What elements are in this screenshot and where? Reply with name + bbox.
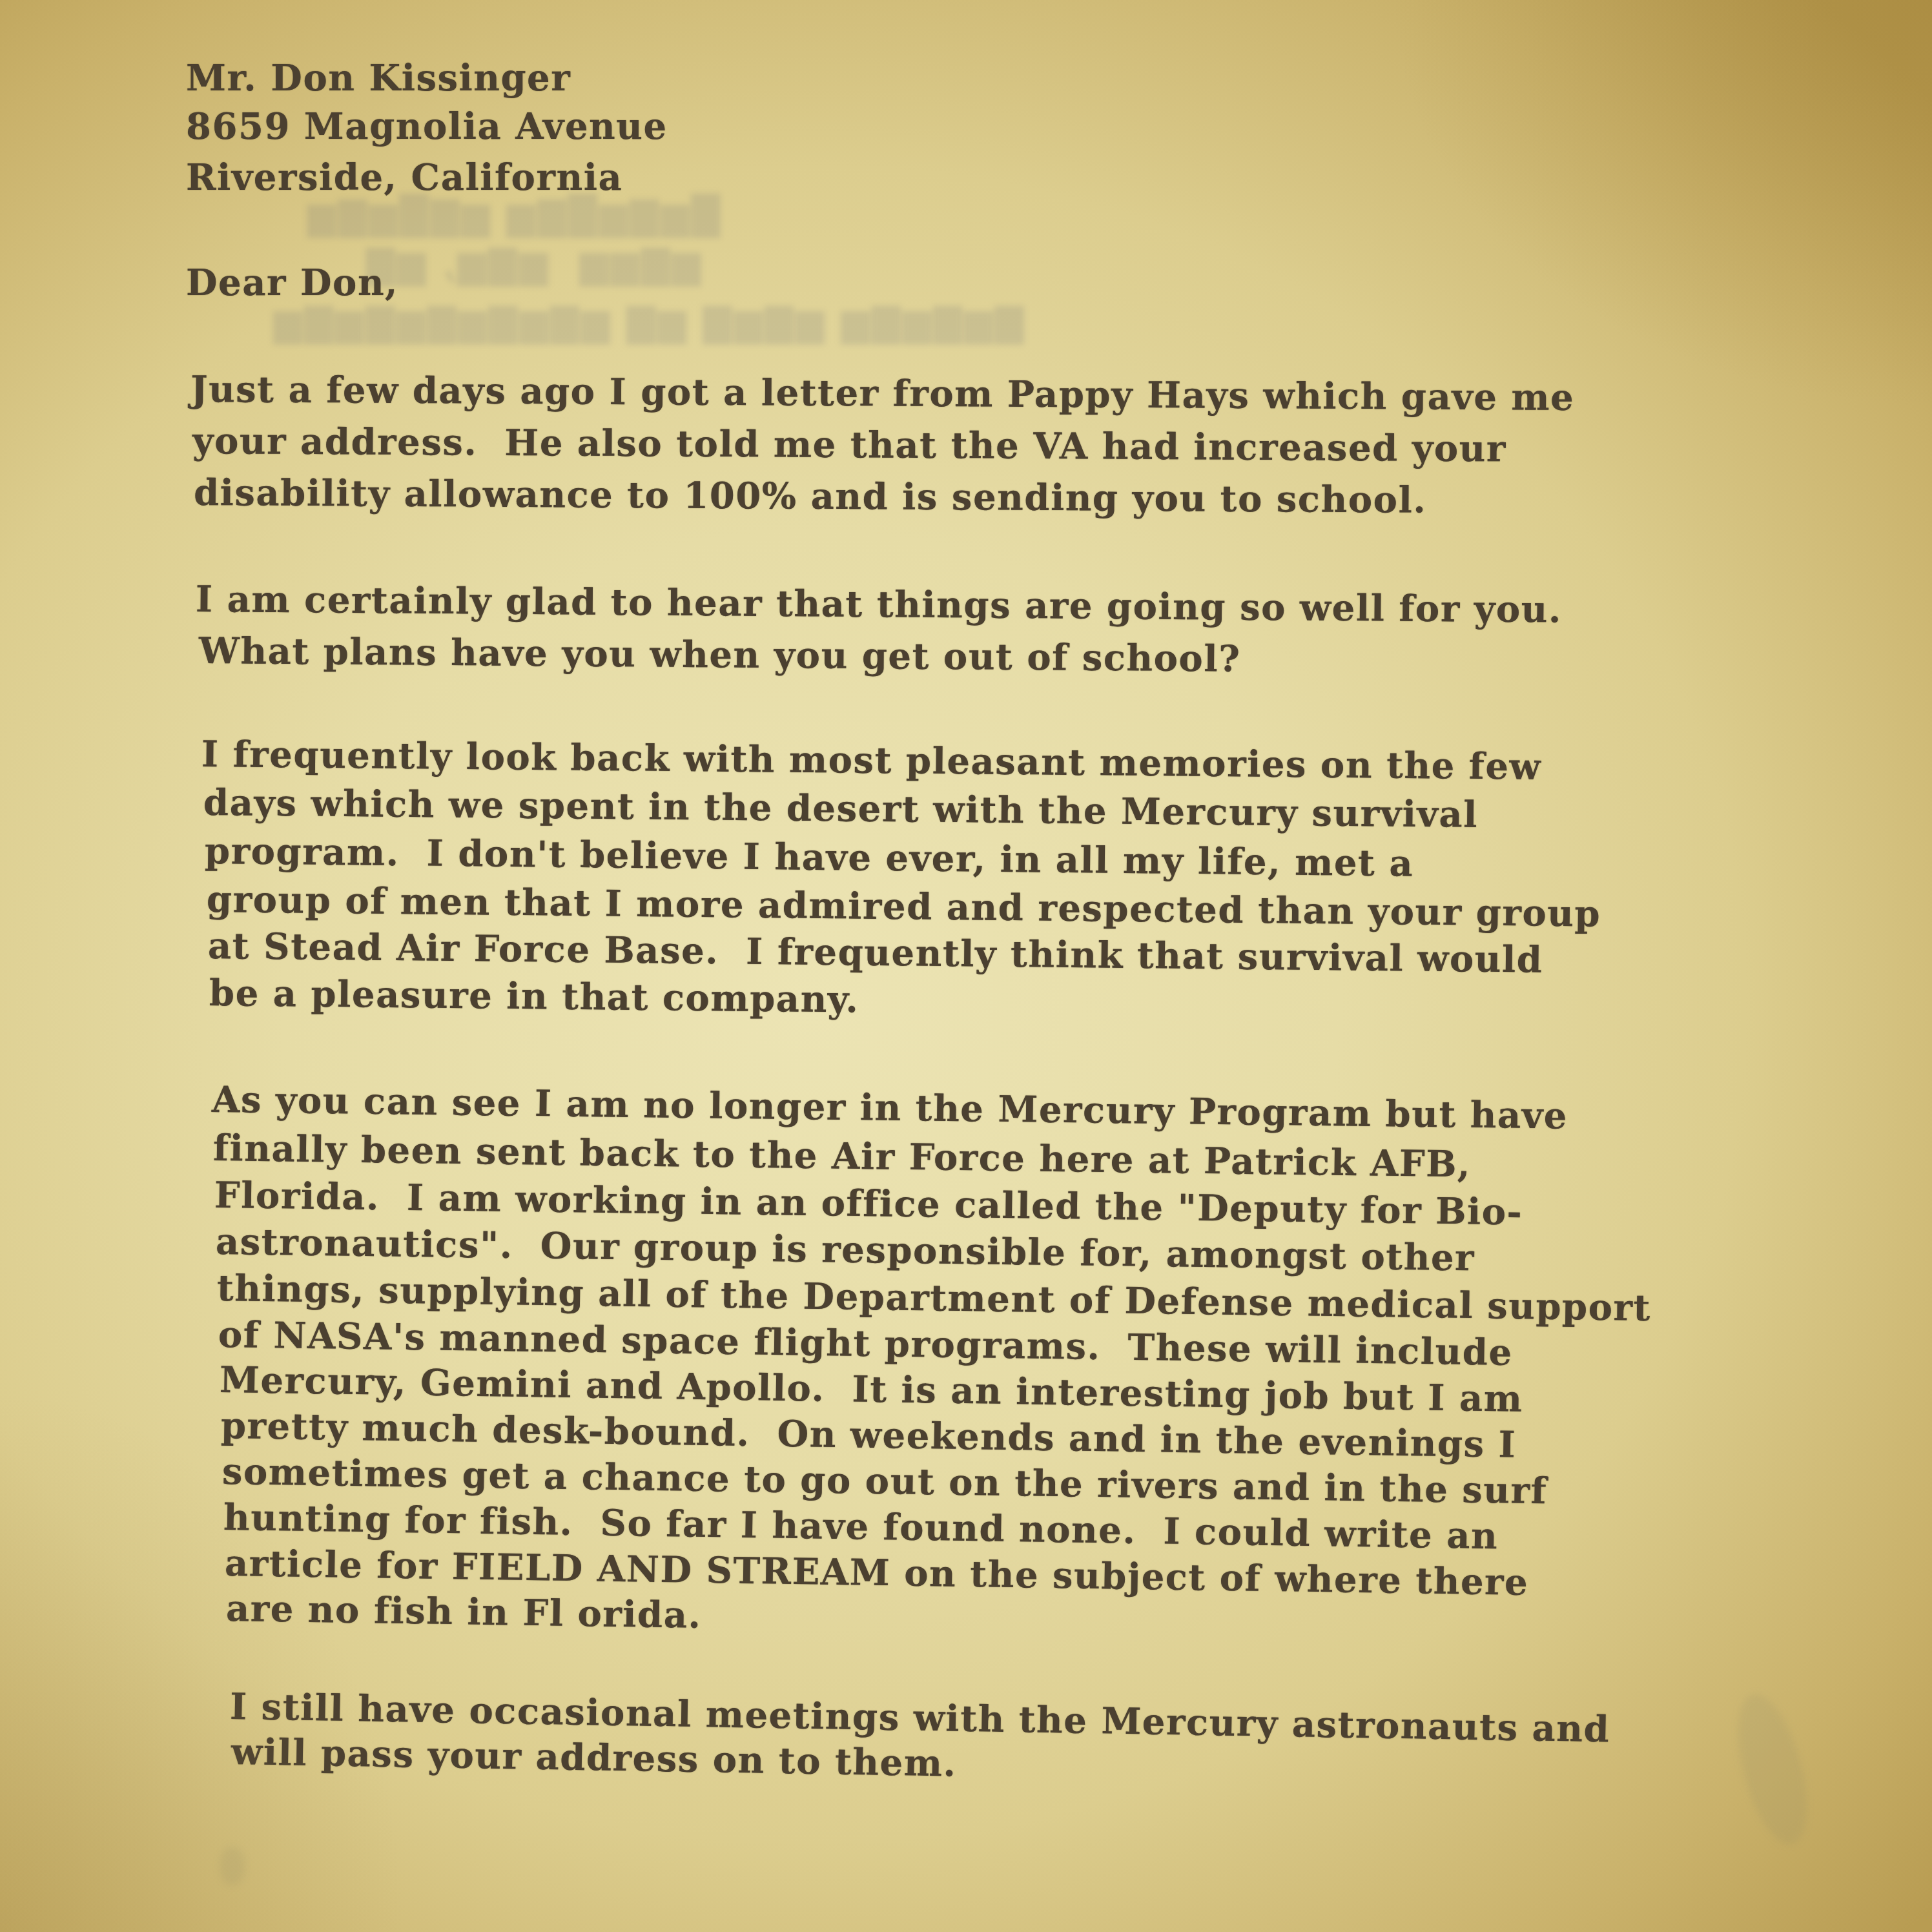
paragraph-line: your address. He also told me that the V… — [192, 420, 1506, 470]
paragraph-line: disability allowance to 100% and is send… — [194, 471, 1427, 522]
paper-stain — [220, 1847, 245, 1886]
paragraph-line: will pass your address on to them. — [231, 1731, 957, 1785]
recipient-street: 8659 Magnolia Avenue — [186, 105, 668, 148]
paper-stain — [1724, 1687, 1820, 1851]
salutation: Dear Don, — [186, 262, 398, 304]
recipient-city: Riverside, California — [186, 156, 622, 199]
bleed-through-text: ▇▆▇▆▇▆ ▆▇▆▇ ▆▇ ▆▇▆▇▆▇▆▇▆▇▆ — [184, 300, 1023, 344]
paragraph-line: be a pleasure in that company. — [209, 972, 859, 1022]
letter-page: █▆▇▆█▇▆ ▆▇█▆▇▆ ▆▇▆▆ ▆▇▆, ▆▇ ▇▆▇▆▇▆ ▆▇▆▇ … — [0, 0, 1932, 1932]
paragraph-line: program. I don't believe I have ever, in… — [205, 830, 1414, 885]
recipient-name: Mr. Don Kissinger — [186, 57, 571, 99]
paragraph-line: days which we spent in the desert with t… — [203, 781, 1479, 836]
paragraph-line: As you can see I am no longer in the Mer… — [212, 1078, 1568, 1138]
paragraph-line: I am certainly glad to hear that things … — [196, 578, 1562, 632]
paragraph-line: I frequently look back with most pleasan… — [201, 733, 1542, 788]
bleed-through-text: █▆▇▆█▇▆ ▆▇█▆▇▆ — [184, 194, 720, 238]
paragraph-line: What plans have you when you get out of … — [199, 630, 1241, 681]
paragraph-line: are no fish in Fl orida. — [226, 1587, 703, 1637]
paragraph-line: Just a few days ago I got a letter from … — [190, 368, 1575, 419]
paragraph-line: at Stead Air Force Base. I frequently th… — [208, 925, 1543, 981]
